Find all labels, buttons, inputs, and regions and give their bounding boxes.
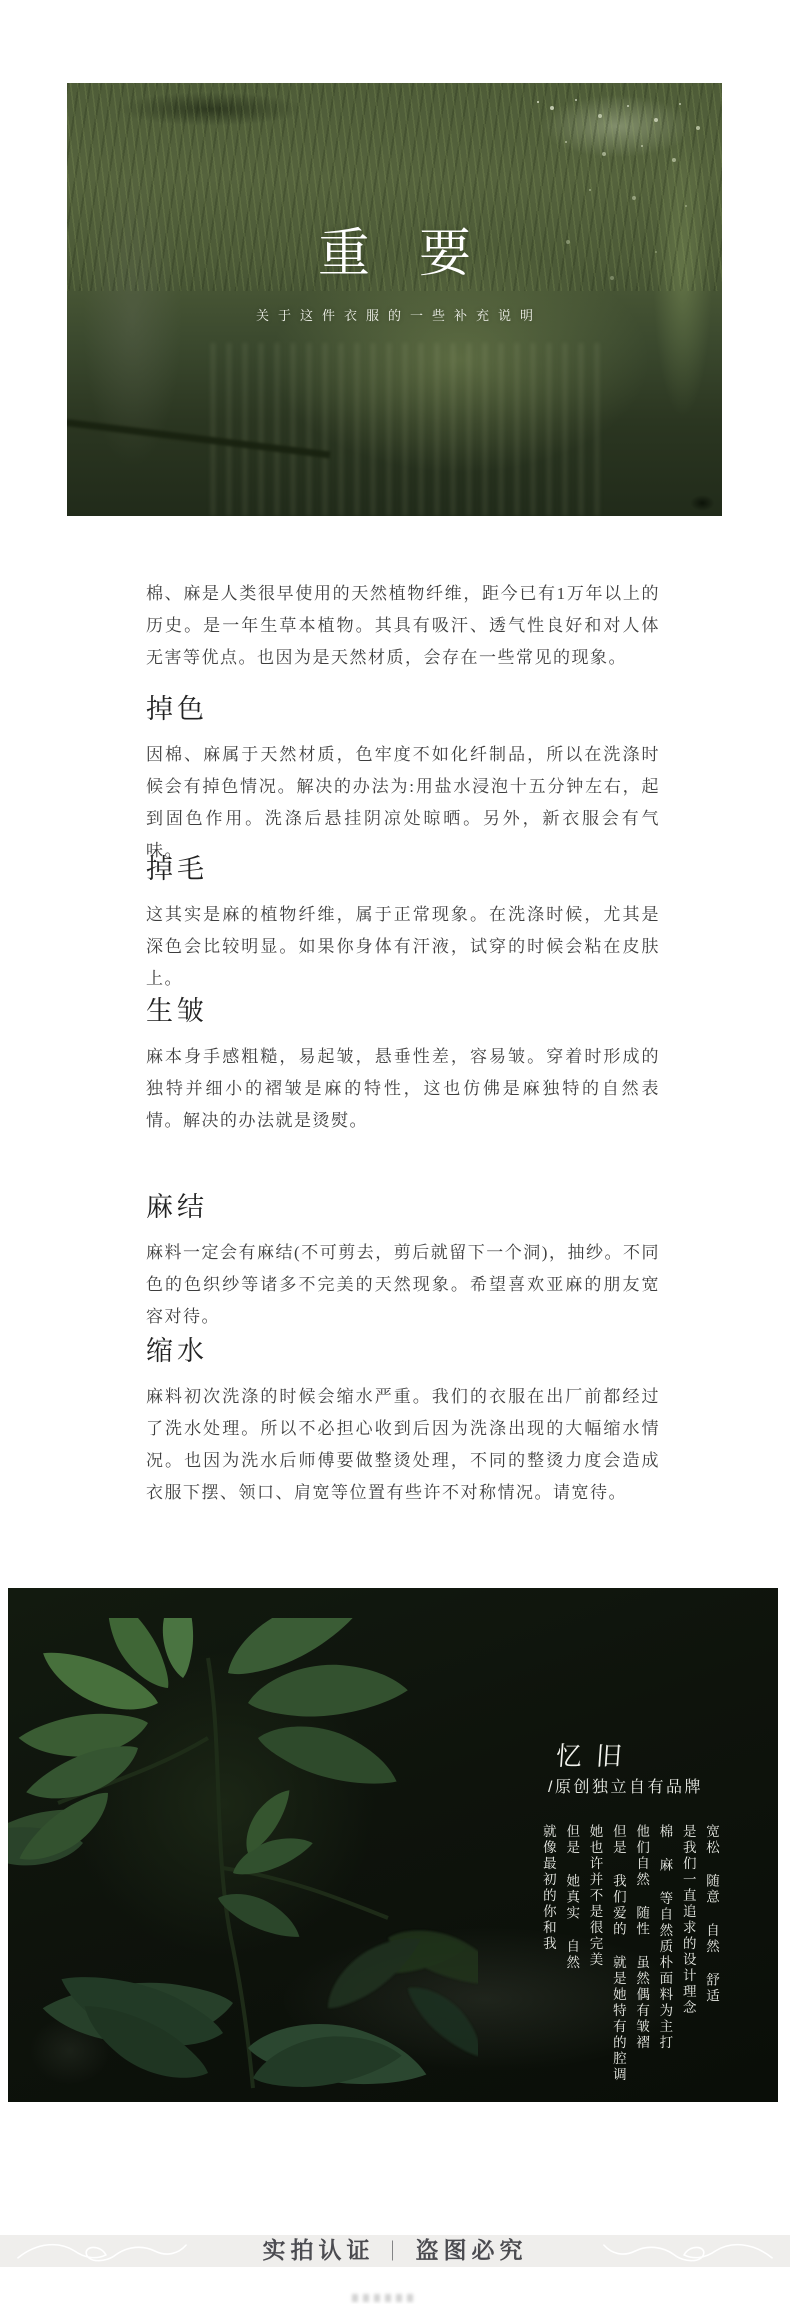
section-title-fading: 掉色 [146, 692, 660, 726]
section-title-shedding: 掉毛 [146, 852, 660, 886]
brand-tagline: /原创独立自有品牌 [548, 1774, 703, 1797]
brand-panel-leaf-photo: 忆旧 /原创独立自有品牌 宽松 随意 自然 舒适 是我们一直追求的设计理念 棉 … [8, 1588, 778, 2102]
hero-pond-photo: 重 要 关于这件衣服的一些补充说明 [67, 83, 722, 516]
vertical-column: 就像最初的你和我 [537, 1824, 560, 2102]
section-body-fading: 因棉、麻属于天然材质，色牢度不如化纤制品，所以在洗涤时候会有掉色情况。解决的办法… [146, 739, 660, 867]
section-title-wrinkling: 生皱 [146, 994, 660, 1028]
section-body-wrinkling: 麻本身手感粗糙，易起皱，悬垂性差，容易皱。穿着时形成的独特并细小的褶皱是麻的特性… [146, 1041, 660, 1137]
vertical-column: 但是 她真实 自然 [560, 1824, 583, 2102]
vertical-column: 宽松 随意 自然 舒适 [700, 1824, 723, 2102]
vertical-column: 他们自然 随性 虽然偶有皱褶 [630, 1824, 653, 2102]
leaf-plant-illustration [8, 1618, 478, 2102]
section-body-shedding: 这其实是麻的植物纤维，属于正常现象。在洗涤时候，尤其是深色会比较明显。如果你身体… [146, 899, 660, 995]
section-body-shrinkage: 麻料初次洗涤的时候会缩水严重。我们的衣服在出厂前都经过了洗水处理。所以不必担心收… [146, 1381, 660, 1509]
vertical-column: 棉 麻 等自然质朴面料为主打 [653, 1824, 676, 2102]
vertical-column: 她也许并不是很完美 [583, 1824, 606, 2102]
footer-certification-label: 实拍认证 [263, 2238, 375, 2263]
section-body-slubs: 麻料一定会有麻结(不可剪去，剪后就留下一个洞)，抽纱。不同色的色织纱等诸多不完美… [146, 1237, 660, 1333]
cutoff-text-fragment [352, 2294, 416, 2302]
section-title-slubs: 麻结 [146, 1190, 660, 1224]
footer-certification-band: 实拍认证｜盗图必究 [0, 2235, 790, 2267]
wildflower-speckles-decoration [537, 101, 539, 103]
hero-subtitle: 关于这件衣服的一些补充说明 [67, 305, 722, 324]
footer-separator: ｜ [375, 2241, 416, 2263]
product-detail-page: 重 要 关于这件衣服的一些补充说明 棉、麻是人类很早使用的天然植物纤维，距今已有… [0, 0, 790, 2304]
vertical-column: 是我们一直追求的设计理念 [676, 1824, 699, 2102]
footer-warning-label: 盗图必究 [416, 2238, 528, 2263]
water-reflection-decoration [211, 343, 604, 516]
brand-name: 忆旧 [555, 1736, 638, 1773]
flourish-icon [602, 2238, 774, 2264]
brand-vertical-manifesto: 宽松 随意 自然 舒适 是我们一直追求的设计理念 棉 麻 等自然质朴面料为主打 … [537, 1824, 723, 2102]
vertical-column: 但是 我们爱的 就是她特有的腔调 [607, 1824, 630, 2102]
hero-title: 重 要 [67, 226, 722, 283]
intro-paragraph: 棉、麻是人类很早使用的天然植物纤维，距今已有1万年以上的历史。是一年生草本植物。… [146, 578, 660, 674]
section-title-shrinkage: 缩水 [146, 1334, 660, 1368]
